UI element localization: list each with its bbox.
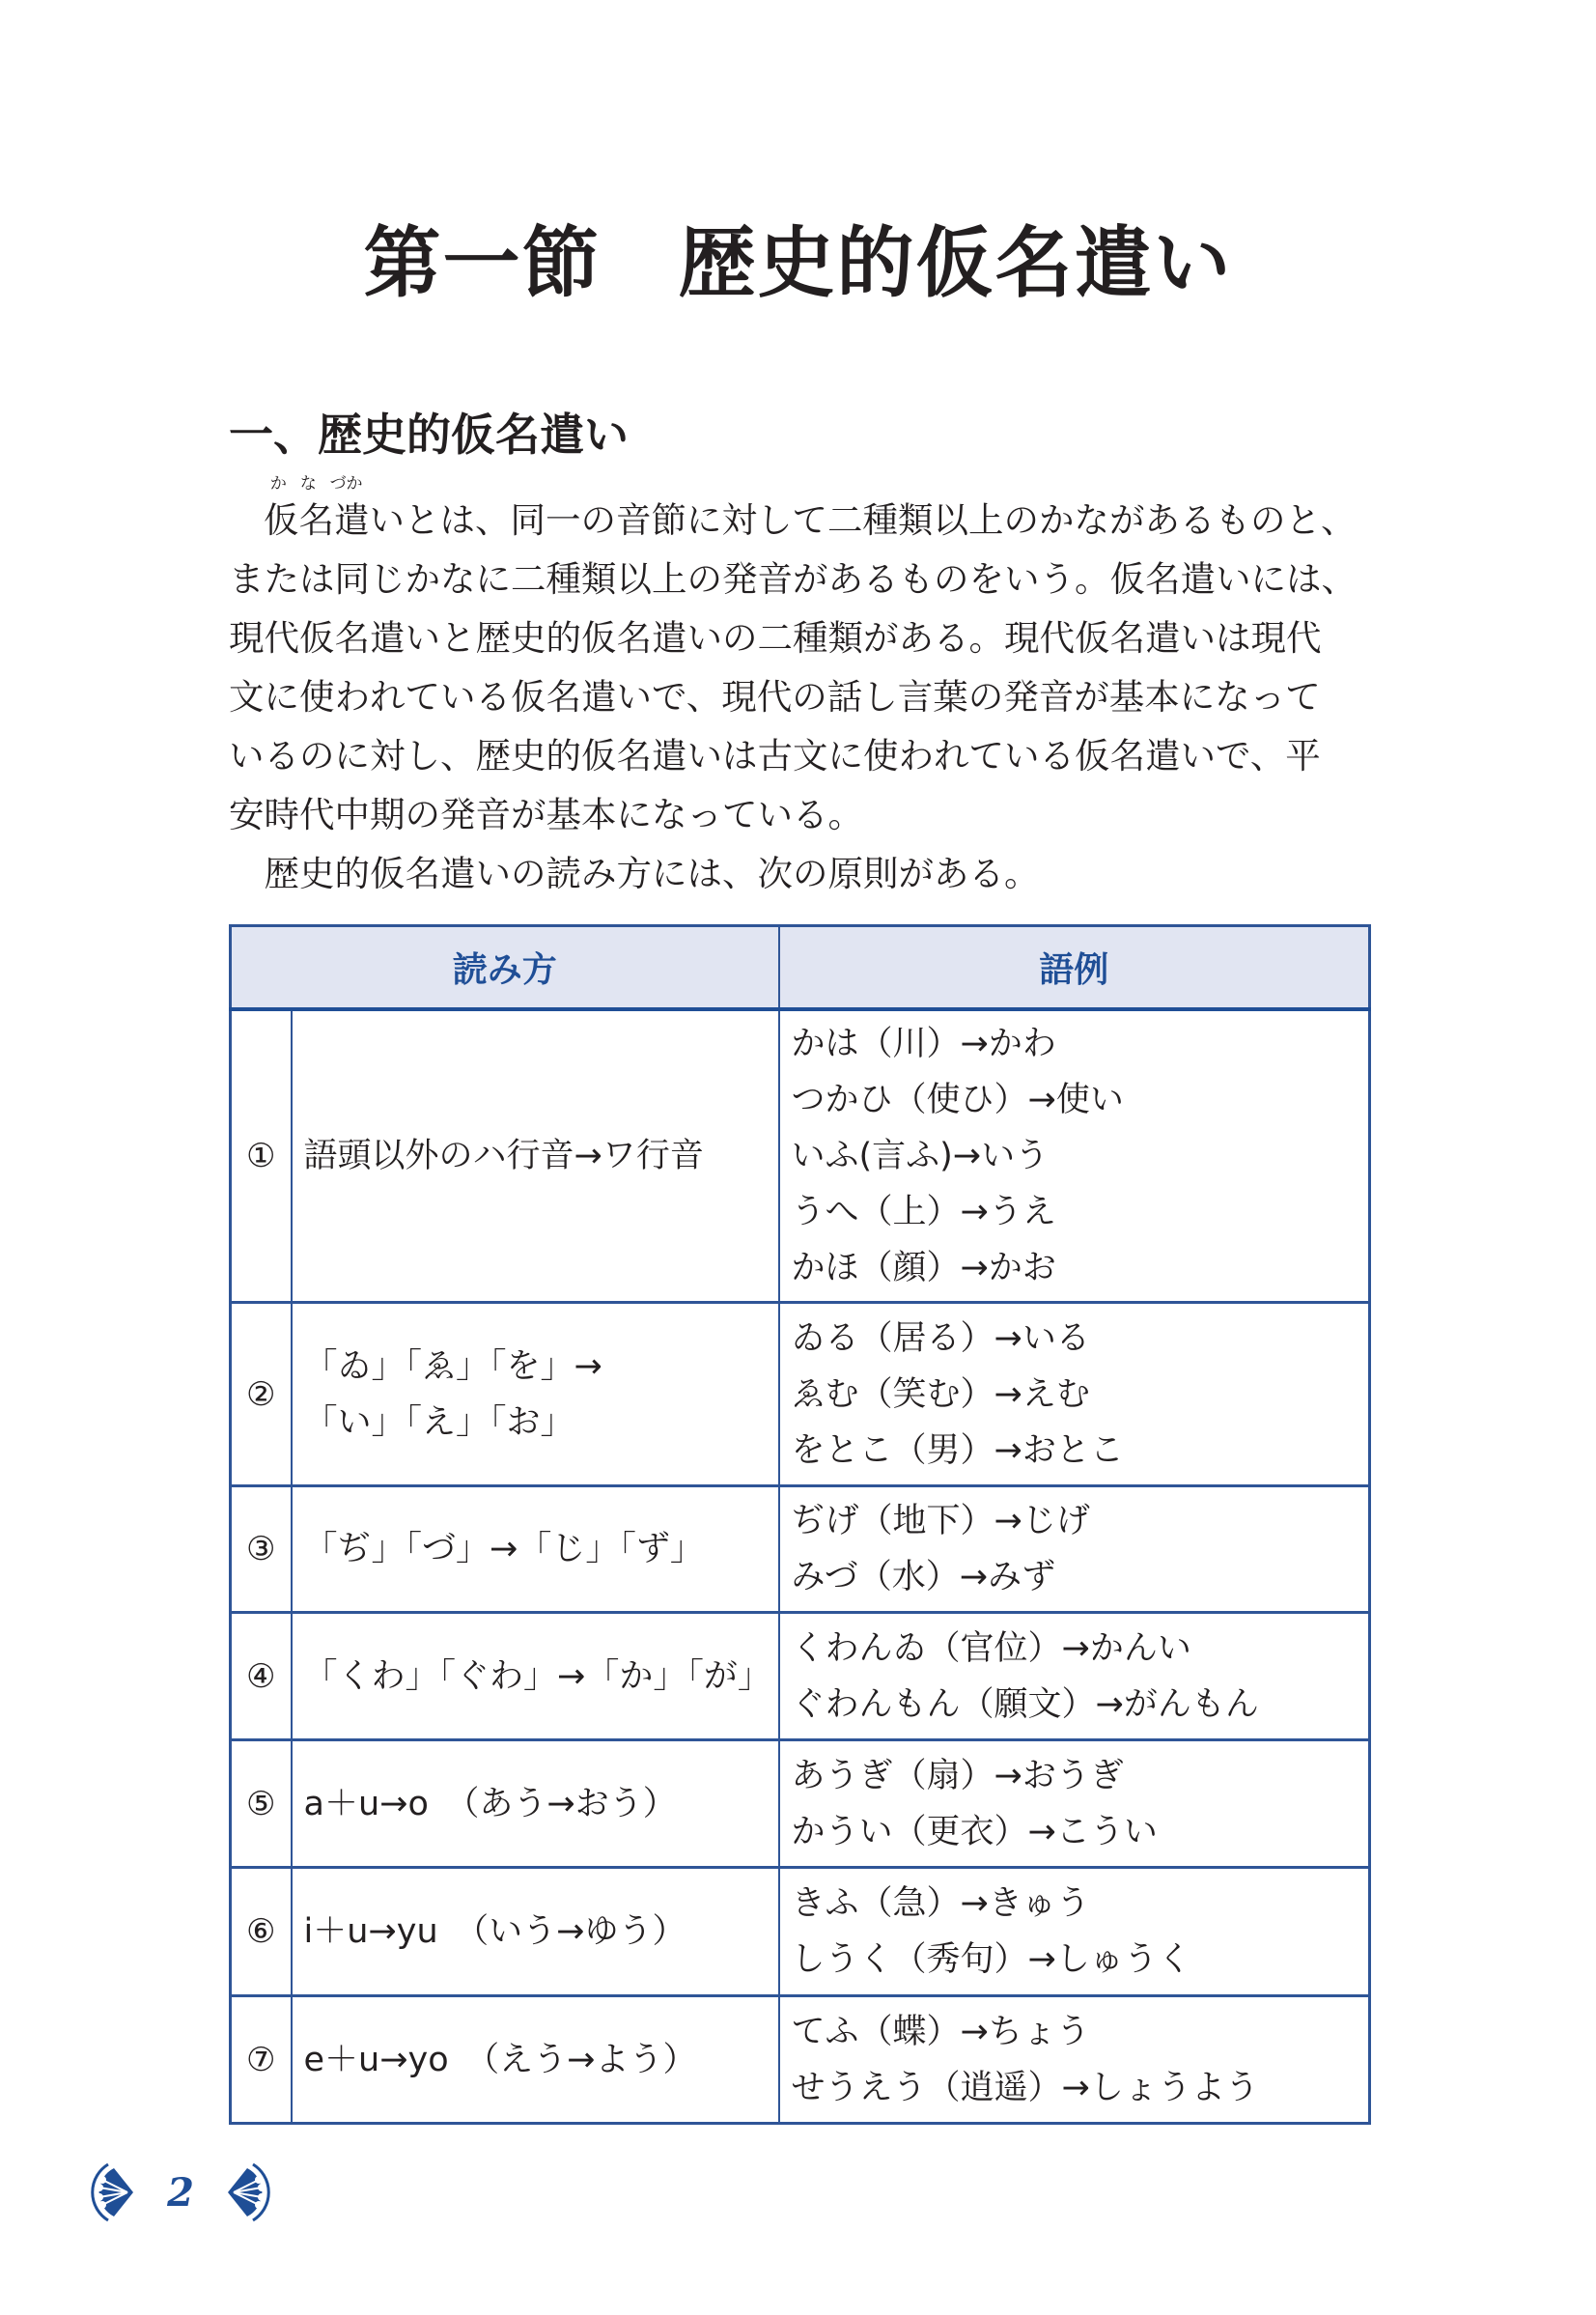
ruby-base: 仮名遣 bbox=[264, 499, 370, 541]
fan-ornament-icon bbox=[224, 2160, 272, 2224]
reading-line: 「い」「え」「お」 bbox=[304, 1395, 778, 1451]
ruby-word: か な づか 仮名遣 bbox=[264, 496, 370, 545]
example-line: いふ(言ふ)→いう bbox=[792, 1128, 1369, 1184]
paragraph-line: 文に使われている仮名遣いで、現代の話し言葉の発音が基本になって bbox=[229, 673, 1321, 721]
example-line: をとこ（男）→おとこ bbox=[792, 1423, 1369, 1479]
table-row: ⑦ e＋u→yo （えう→よう） てふ（蝶）→ちょう せうえう（逍遥）→しょうよ… bbox=[231, 1996, 1370, 2124]
row-number: ① bbox=[231, 1009, 292, 1303]
header-examples: 語例 bbox=[779, 926, 1370, 1009]
page-footer: 2 bbox=[89, 2154, 272, 2231]
table-row: ⑥ i＋u→yu （いう→ゆう） きふ（急）→きゅう しうく（秀句）→しゅうく bbox=[231, 1868, 1370, 1996]
example-line: かほ（顔）→かお bbox=[792, 1240, 1369, 1296]
reading-cell: 語頭以外のハ行音→ワ行音 bbox=[292, 1009, 779, 1303]
reading-line: e＋u→yo （えう→よう） bbox=[304, 2032, 778, 2088]
row-number: ⑤ bbox=[231, 1740, 292, 1868]
chapter-number: 第一節 bbox=[364, 217, 602, 308]
example-line: てふ（蝶）→ちょう bbox=[792, 2004, 1369, 2060]
table-row: ② 「ゐ」「ゑ」「を」→ 「い」「え」「お」 ゐる（居る）→いる ゑむ（笑む）→… bbox=[231, 1303, 1370, 1486]
example-cell: きふ（急）→きゅう しうく（秀句）→しゅうく bbox=[779, 1868, 1370, 1996]
reading-line: 「くわ」「ぐわ」→「か」「が」 bbox=[304, 1649, 778, 1705]
example-line: きふ（急）→きゅう bbox=[792, 1876, 1369, 1932]
reading-line: i＋u→yu （いう→ゆう） bbox=[304, 1904, 778, 1960]
example-line: ゐる（居る）→いる bbox=[792, 1311, 1369, 1367]
example-line: かは（川）→かわ bbox=[792, 1016, 1369, 1072]
paragraph-line: いるのに対し、歴史的仮名遣いは古文に使われている仮名遣いで、平 bbox=[229, 732, 1321, 780]
example-line: うへ（上）→うえ bbox=[792, 1184, 1369, 1240]
example-line: せうえう（逍遥）→しょうよう bbox=[792, 2060, 1369, 2116]
row-number: ④ bbox=[231, 1613, 292, 1740]
paragraph-line: 安時代中期の発音が基本になっている。 bbox=[229, 791, 863, 839]
line-text: いとは、同一の音節に対して二種類以上のかながあるものと、 bbox=[370, 499, 1357, 541]
example-cell: かは（川）→かわ つかひ（使ひ）→使い いふ(言ふ)→いう うへ（上）→うえ か… bbox=[779, 1009, 1370, 1303]
reading-line: 「ゐ」「ゑ」「を」→ bbox=[304, 1339, 778, 1395]
example-line: ぢげ（地下）→じげ bbox=[792, 1493, 1369, 1549]
reading-line: a＋u→o （あう→おう） bbox=[304, 1776, 778, 1832]
reading-cell: a＋u→o （あう→おう） bbox=[292, 1740, 779, 1868]
row-number: ② bbox=[231, 1303, 292, 1486]
example-cell: てふ（蝶）→ちょう せうえう（逍遥）→しょうよう bbox=[779, 1996, 1370, 2124]
table-row: ③ 「ぢ」「づ」→「じ」「ず」 ぢげ（地下）→じげ みづ（水）→みず bbox=[231, 1486, 1370, 1613]
example-cell: くわんゐ（官位）→かんい ぐわんもん（願文）→がんもん bbox=[779, 1613, 1370, 1740]
reading-cell: 「くわ」「ぐわ」→「か」「が」 bbox=[292, 1613, 779, 1740]
kana-rules-table: 読み方 語例 ① 語頭以外のハ行音→ワ行音 かは（川）→かわ つかひ（使ひ）→使… bbox=[229, 924, 1371, 2125]
reading-cell: i＋u→yu （いう→ゆう） bbox=[292, 1868, 779, 1996]
reading-cell: 「ぢ」「づ」→「じ」「ず」 bbox=[292, 1486, 779, 1613]
page-number: 2 bbox=[167, 2170, 194, 2216]
table-row: ① 語頭以外のハ行音→ワ行音 かは（川）→かわ つかひ（使ひ）→使い いふ(言ふ… bbox=[231, 1009, 1370, 1303]
fan-ornament-icon bbox=[89, 2160, 137, 2224]
table-row: ⑤ a＋u→o （あう→おう） あうぎ（扇）→おうぎ かうい（更衣）→こうい bbox=[231, 1740, 1370, 1868]
paragraph-line: 現代仮名遣いと歴史的仮名遣いの二種類がある。現代仮名遣いは現代 bbox=[229, 614, 1322, 663]
example-line: くわんゐ（官位）→かんい bbox=[792, 1621, 1369, 1677]
reading-line: 語頭以外のハ行音→ワ行音 bbox=[304, 1128, 778, 1184]
row-number: ③ bbox=[231, 1486, 292, 1613]
paragraph-line: または同じかなに二種類以上の発音があるものをいう。仮名遣いには、 bbox=[229, 555, 1357, 604]
row-number: ⑦ bbox=[231, 1996, 292, 2124]
example-line: かうい（更衣）→こうい bbox=[792, 1804, 1369, 1860]
reading-cell: 「ゐ」「ゑ」「を」→ 「い」「え」「お」 bbox=[292, 1303, 779, 1486]
paragraph-line: 歴史的仮名遣いの読み方には、次の原則がある。 bbox=[229, 850, 1040, 898]
example-line: つかひ（使ひ）→使い bbox=[792, 1072, 1369, 1128]
row-number: ⑥ bbox=[231, 1868, 292, 1996]
paragraph-line: か な づか 仮名遣 いとは、同一の音節に対して二種類以上のかながあるものと、 bbox=[264, 496, 1357, 545]
chapter-title-text: 歴史的仮名遣い bbox=[679, 217, 1233, 308]
example-cell: あうぎ（扇）→おうぎ かうい（更衣）→こうい bbox=[779, 1740, 1370, 1868]
example-line: しうく（秀句）→しゅうく bbox=[792, 1932, 1369, 1988]
example-line: みづ（水）→みず bbox=[792, 1549, 1369, 1605]
example-line: ぐわんもん（願文）→がんもん bbox=[792, 1677, 1369, 1733]
example-line: あうぎ（扇）→おうぎ bbox=[792, 1748, 1369, 1804]
table-row: ④ 「くわ」「ぐわ」→「か」「が」 くわんゐ（官位）→かんい ぐわんもん（願文）… bbox=[231, 1613, 1370, 1740]
header-reading: 読み方 bbox=[231, 926, 779, 1009]
example-line: ゑむ（笑む）→えむ bbox=[792, 1367, 1369, 1423]
ruby-reading: か な づか bbox=[264, 475, 370, 493]
example-cell: ぢげ（地下）→じげ みづ（水）→みず bbox=[779, 1486, 1370, 1613]
example-cell: ゐる（居る）→いる ゑむ（笑む）→えむ をとこ（男）→おとこ bbox=[779, 1303, 1370, 1486]
table-header-row: 読み方 語例 bbox=[231, 926, 1370, 1009]
section-heading: 一、歴史的仮名遣い bbox=[229, 406, 629, 464]
reading-cell: e＋u→yo （えう→よう） bbox=[292, 1996, 779, 2124]
reading-line: 「ぢ」「づ」→「じ」「ず」 bbox=[304, 1521, 778, 1577]
chapter-title: 第一節歴史的仮名遣い bbox=[0, 214, 1596, 311]
